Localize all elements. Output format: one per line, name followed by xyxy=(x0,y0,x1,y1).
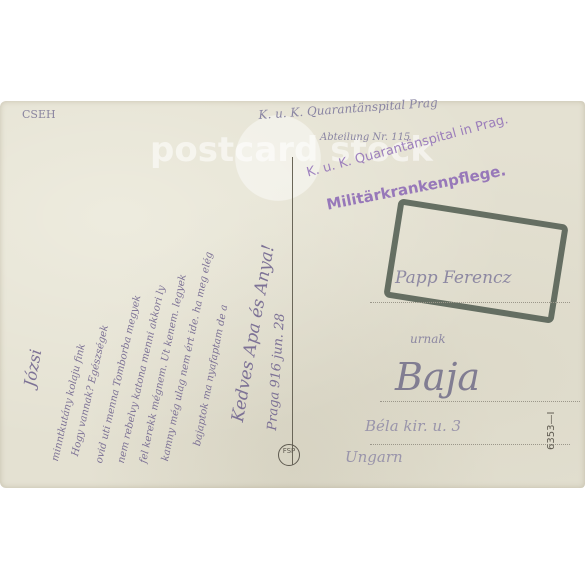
address-line xyxy=(370,444,570,445)
address-city: Baja xyxy=(395,355,480,399)
address-line2: urnak xyxy=(410,332,446,346)
printer-mark: FSP xyxy=(278,444,300,466)
print-number: 6353—I xyxy=(546,412,557,450)
address-line xyxy=(380,401,580,402)
address-name: Papp Ferencz xyxy=(395,268,512,288)
address-street: Béla kir. u. 3 xyxy=(365,417,461,435)
address-line xyxy=(370,302,570,303)
corner-note: CSEH xyxy=(22,108,56,121)
address-country: Ungarn xyxy=(345,448,403,466)
center-divider xyxy=(292,157,293,465)
